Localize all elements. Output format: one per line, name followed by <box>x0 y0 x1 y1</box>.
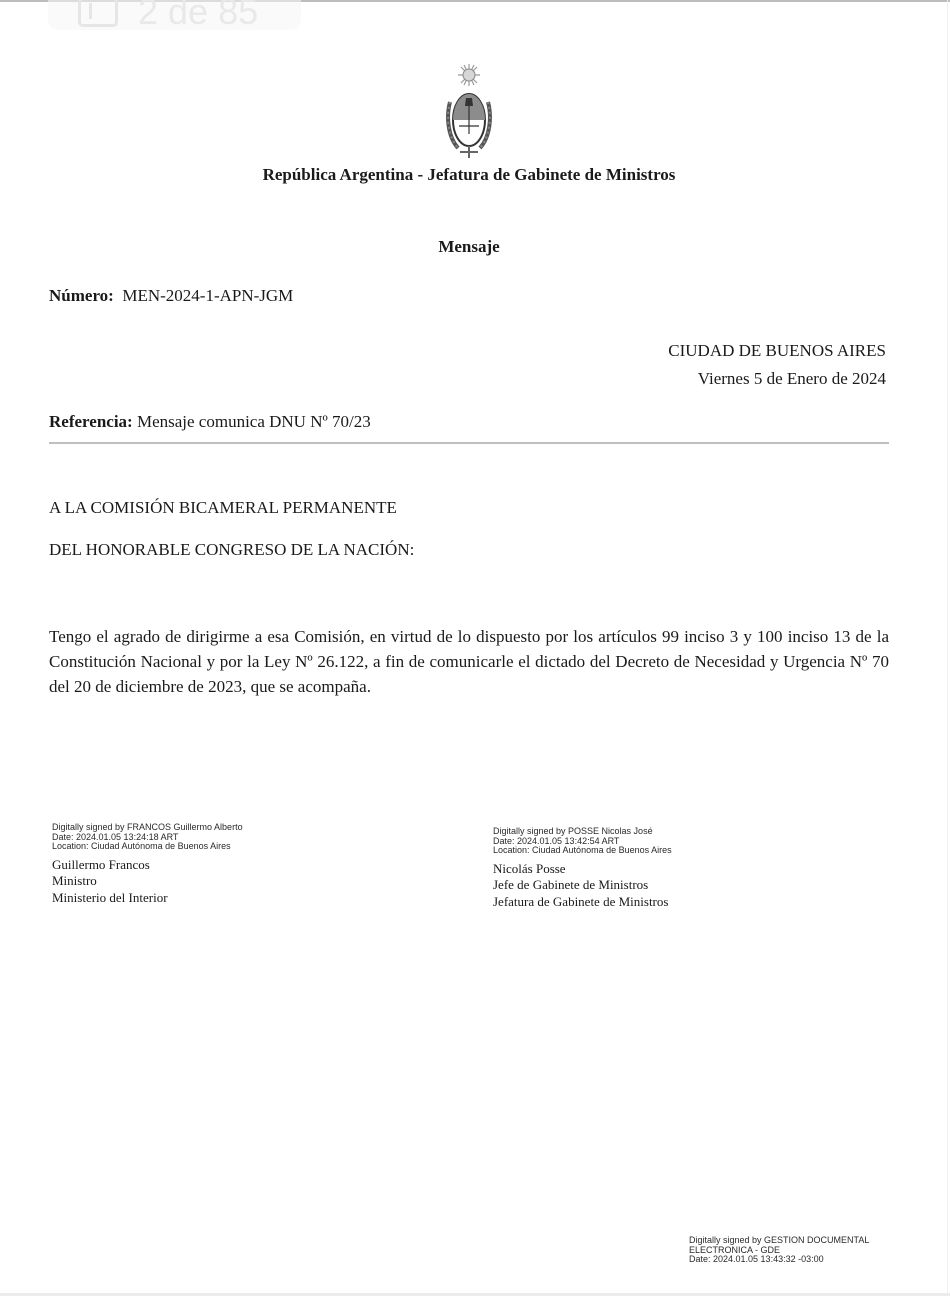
gde-line-3: Date: 2024.01.05 13:43:32 -03:00 <box>689 1255 869 1265</box>
signature-location: Location: Ciudad Autónoma de Buenos Aire… <box>493 846 672 856</box>
signer-name: Guillermo Francos <box>52 857 243 874</box>
date: Viernes 5 de Enero de 2024 <box>668 365 886 393</box>
signer-role: Ministro <box>52 873 243 890</box>
numero-field: Número: MEN-2024-1-APN-JGM <box>49 286 293 306</box>
signature-meta: Digitally signed by POSSE Nicolas José D… <box>493 827 672 856</box>
signature-block-francos: Digitally signed by FRANCOS Guillermo Al… <box>52 823 243 906</box>
body-paragraph: Tengo el agrado de dirigirme a esa Comis… <box>49 624 889 699</box>
signature-location: Location: Ciudad Autónoma de Buenos Aire… <box>52 842 243 852</box>
right-border <box>947 0 948 1296</box>
gde-signature-block: Digitally signed by GESTION DOCUMENTAL E… <box>689 1236 869 1265</box>
addressee-line-2: DEL HONORABLE CONGRESO DE LA NACIÓN: <box>49 540 414 560</box>
divider <box>49 442 889 444</box>
document-type: Mensaje <box>0 237 938 257</box>
place: CIUDAD DE BUENOS AIRES <box>668 337 886 365</box>
place-date: CIUDAD DE BUENOS AIRES Viernes 5 de Ener… <box>668 337 886 393</box>
signature-block-posse: Digitally signed by POSSE Nicolas José D… <box>493 827 672 910</box>
signer-office: Ministerio del Interior <box>52 890 243 907</box>
page-indicator-text: 2 de 85 <box>138 0 258 30</box>
page-indicator: 2 de 85 <box>48 0 301 30</box>
signature-meta: Digitally signed by FRANCOS Guillermo Al… <box>52 823 243 852</box>
gde-signature-meta: Digitally signed by GESTION DOCUMENTAL E… <box>689 1236 869 1265</box>
referencia-field: Referencia: Mensaje comunica DNU Nº 70/2… <box>49 412 371 432</box>
numero-label: Número: <box>49 286 114 305</box>
document-pages-icon <box>78 0 118 27</box>
numero-value: MEN-2024-1-APN-JGM <box>122 286 293 305</box>
header-title: República Argentina - Jefatura de Gabine… <box>0 165 938 185</box>
referencia-value: Mensaje comunica DNU Nº 70/23 <box>137 412 371 431</box>
signer-office: Jefatura de Gabinete de Ministros <box>493 894 672 911</box>
addressee-line-1: A LA COMISIÓN BICAMERAL PERMANENTE <box>49 498 397 518</box>
referencia-label: Referencia: <box>49 412 133 431</box>
signer-role: Jefe de Gabinete de Ministros <box>493 877 672 894</box>
argentina-coat-of-arms-icon <box>436 62 502 162</box>
signer-name: Nicolás Posse <box>493 861 672 878</box>
